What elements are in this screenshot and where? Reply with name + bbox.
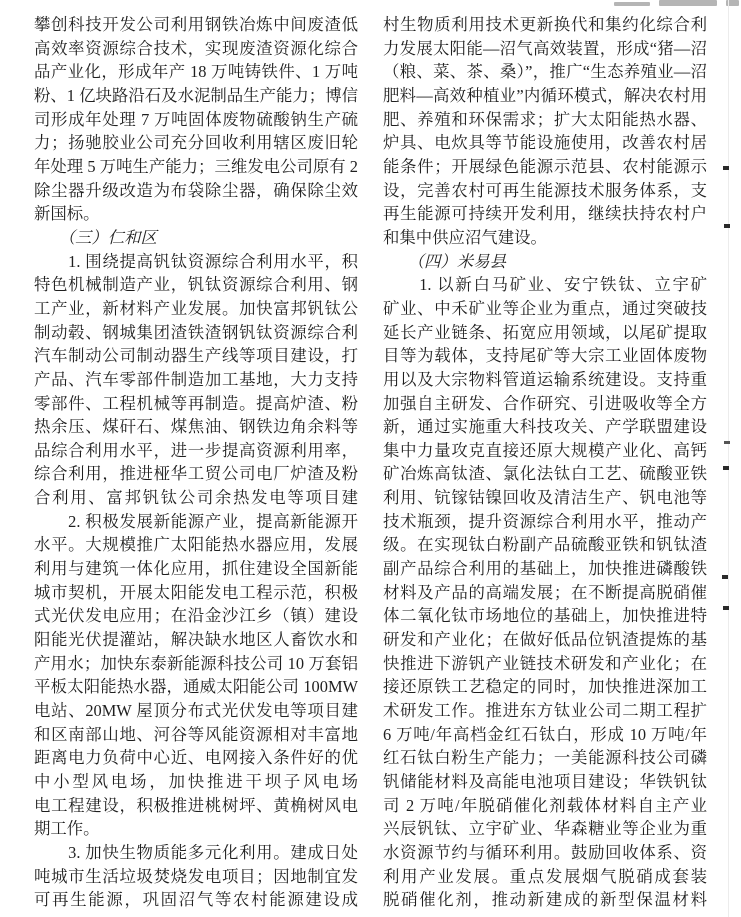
text-line: 1. 以新白马矿业、安宁铁钛、立宇矿业、青杠坪 (383, 273, 707, 297)
text-line: 平板太阳能热水器，通威太阳能公司 100MW 光伏 (34, 675, 358, 699)
text-line: 产品、汽车零部件制造加工基地，大力支持发展汽车 (34, 368, 358, 392)
text-column-right: 村生物质利用技术更新换代和集约化综合利用，大力发展太阳能—沼气高效装置，形成“猪… (383, 13, 707, 912)
text-line: 接还原铁工艺稳定的同时，加快推进深加工产品技 (383, 675, 707, 699)
text-line: 距离电力负荷中心近、电网接入条件好的优势，建设 (34, 746, 358, 770)
text-line: 和集中供应沼气建设。 (383, 226, 707, 250)
text-line: 吨城市生活垃圾焚烧发电项目；因地制宜发展农村 (34, 865, 358, 889)
text-line: 3. 加快生物质能多元化利用。建成日处理 800 (34, 841, 358, 865)
text-line: 利用、钪镓钴镍回收及清洁生产、钒电池等一批关键 (383, 486, 707, 510)
text-line: 能条件；开展绿色能源示范县、农村能源示范村建 (383, 155, 707, 179)
text-line: 炉具、电炊具等节能设施使用，改善农村居民生活用 (383, 131, 707, 155)
text-line: 水资源节约与循环利用。鼓励回收体系、资源再生 (383, 841, 707, 865)
text-line: 利用与建筑一体化应用，抓住建设全国新能源示范 (34, 557, 358, 581)
page-edge-shadow (728, 0, 729, 917)
text-line: 村生物质利用技术更新换代和集约化综合利用，大 (383, 13, 707, 37)
text-line: 6 万吨/年高档金红石钛白，形成 10 万吨/年高档金 (383, 723, 707, 747)
text-line: 工产业，新材料产业发展。加快富邦钒钛公司汽车 (34, 297, 358, 321)
text-line: 钒储能材料及高能电池项目建设；华铁钒钛科技公 (383, 770, 707, 794)
text-line: 司形成年处理 7 万吨固体废物硫酸钠生产硫化钠能 (34, 108, 358, 132)
text-line: 综合利用，推进桠华工贸公司电厂炉渣及粉煤灰综 (34, 462, 358, 486)
text-line: 汽车制动公司制动器生产线等项目建设，打造机械 (34, 344, 358, 368)
header-smudge (614, 2, 650, 6)
text-line: 合利用、富邦钒钛公司余热发电等项目建设。 (34, 486, 358, 510)
text-line: 研发和产业化；在做好低品位钒渣提炼的基础上，加 (383, 628, 707, 652)
text-line: 特色机械制造产业，钒钛资源综合利用、钢铁及深加 (34, 273, 358, 297)
text-line: 目等为载体，支持尾矿等大宗工业固体废物综合利 (383, 344, 707, 368)
text-line: 司 2 万吨/年脱硝催化剂载体材料自主产业化。以 (383, 794, 707, 818)
scan-speck (723, 166, 729, 170)
text-line: 城市契机，开展太阳能发电工程示范，积极推进分布 (34, 581, 358, 605)
text-line: 新，通过实施重大科技攻关、产学联盟建设等形式， (383, 415, 707, 439)
text-line: 攀创科技开发公司利用钢铁冶炼中间废渣低能耗、 (34, 13, 358, 37)
text-line: 兴辰钒钛、立宇矿业、华森糖业等企业为重点，加强 (383, 817, 707, 841)
text-line: 矿冶炼高钛渣、氯化法钛白工艺、硫酸亚铁全面综合 (383, 462, 707, 486)
scan-speck (722, 575, 728, 579)
text-line: 力发展太阳能—沼气高效装置，形成“猪—沼—果 (383, 37, 707, 61)
text-line: 制动毂、钢城集团渣铁渣钢钒钛资源综合利用、东林 (34, 321, 358, 345)
text-line: （粮、菜、茶、桑）”，推广“生态养殖业—沼气—有机 (383, 60, 707, 84)
scan-speck (724, 441, 730, 444)
text-line: 产用水；加快东泰新能源科技公司 10 万套铝基蓝膜 (34, 652, 358, 676)
scan-speck (723, 466, 729, 470)
text-line: 快推进下游钒产业链技术研发和产业化；在做好直 (383, 652, 707, 676)
text-line: 级。在实现钛白粉副产品硫酸亚铁和钒钛渣提炼后 (383, 533, 707, 557)
text-line: 1. 围绕提高钒钛资源综合利用水平，积极推进 (34, 250, 358, 274)
text-line: 电站、20MW 屋顶分布式光伏发电等项目建设；在仁 (34, 699, 358, 723)
section-heading: （三）仁和区 (34, 226, 358, 250)
text-line: 技术瓶颈，提升资源综合利用水平，推动产业结构升 (383, 510, 707, 534)
text-line: 副产品综合利用的基础上，加快推进磷酸铁锂电池 (383, 557, 707, 581)
text-line: 材料及产品的高端发展；在不断提高脱硝催化剂载 (383, 581, 707, 605)
scan-speck (723, 606, 729, 610)
text-line: 肥料—高效种植业”内循环模式，解决农村用能、用 (383, 84, 707, 108)
text-line: 热余压、煤矸石、煤焦油、钢铁边角余料等工业副产 (34, 415, 358, 439)
text-line: 中小型风电场，加快推进干坝子风电场 49.5MW 风 (34, 770, 358, 794)
text-line: 阳能光伏提灌站，解决缺水地区人畜饮水和农业生 (34, 628, 358, 652)
text-line: 用以及大宗物料管道运输系统建设。支持重点企业 (383, 368, 707, 392)
text-line: 力；扬驰胶业公司充分回收利用辖区废旧轮胎，形成 (34, 131, 358, 155)
text-line: 2. 积极发展新能源产业，提高新能源开发利用 (34, 510, 358, 534)
text-line: 高效率资源综合技术，实现废渣资源化综合利用产 (34, 37, 358, 61)
text-line: 延长产业链条、拓宽应用领域，以尾矿提取钛精矿项 (383, 321, 707, 345)
text-line: 品产业化，形成年产 18 万吨铸铁件、1 万吨氧化锌 (34, 60, 358, 84)
text-line: 加强自主研发、合作研究、引进吸收等全方位技术创 (383, 392, 707, 416)
text-line: 水平。大规模推广太阳能热水器应用，发展太阳能 (34, 533, 358, 557)
text-line: 零部件、工程机械等再制造。提高炉渣、粉煤灰、余 (34, 392, 358, 416)
text-line: 粉、1 亿块路沿石及水泥制品生产能力；博信化工公 (34, 84, 358, 108)
section-heading: （四）米易县 (383, 250, 707, 274)
text-line: 式光伏发电应用；在沿金沙江乡（镇）建设 10 个太 (34, 604, 358, 628)
text-line: 新国标。 (34, 202, 358, 226)
text-line: 肥、养殖和环保需求；扩大太阳能热水器、生物质能 (383, 108, 707, 132)
text-line: 再生能源可持续开发利用，继续扶持农村户用沼气 (383, 202, 707, 226)
text-line: 设，完善农村可再生能源技术服务体系，支持农村可 (383, 179, 707, 203)
text-line: 利用产业发展。重点发展烟气脱硝成套装置、SCR (383, 865, 707, 889)
text-line: 矿业、中禾矿业等企业为重点，通过突破技术瓶颈、 (383, 297, 707, 321)
scan-speck (724, 224, 730, 228)
text-line: 品综合利用水平，进一步提高资源利用率，实现资源 (34, 439, 358, 463)
text-column-left: 攀创科技开发公司利用钢铁冶炼中间废渣低能耗、高效率资源综合技术，实现废渣资源化综… (34, 13, 358, 912)
text-line: 可再生能源，巩固沼气等农村能源建设成果，加快农 (34, 888, 358, 912)
text-line: 除尘器升级改造为布袋除尘器，确保除尘效率达到 (34, 179, 358, 203)
text-line: 集中力量攻克直接还原大规模产业化、高钙镁钛精 (383, 439, 707, 463)
document-page: 攀创科技开发公司利用钢铁冶炼中间废渣低能耗、高效率资源综合技术，实现废渣资源化综… (0, 0, 741, 917)
text-line: 红石钛白粉生产能力；一美能源科技公司磷酸铁锂 (383, 746, 707, 770)
header-smudge (659, 0, 717, 6)
text-line: 年处理 5 万吨生产能力；三维发电公司原有 2 台电 (34, 155, 358, 179)
text-line: 术研发工作。推进东方钛业公司二期工程扩建一条 (383, 699, 707, 723)
text-line: 体二氧化钛市场地位的基础上，加快推进特种钛白 (383, 604, 707, 628)
text-line: 期工作。 (34, 817, 358, 841)
text-line: 和区南部山地、河谷等风能资源相对丰富地区，发挥 (34, 723, 358, 747)
text-line: 电工程建设，积极推进桃树坪、黄桷树风电场项目前 (34, 794, 358, 818)
text-line: 脱硝催化剂，推动新建成的新型保温材料厂、源峰包 (383, 888, 707, 912)
cropped-header-artifact (605, 0, 739, 8)
